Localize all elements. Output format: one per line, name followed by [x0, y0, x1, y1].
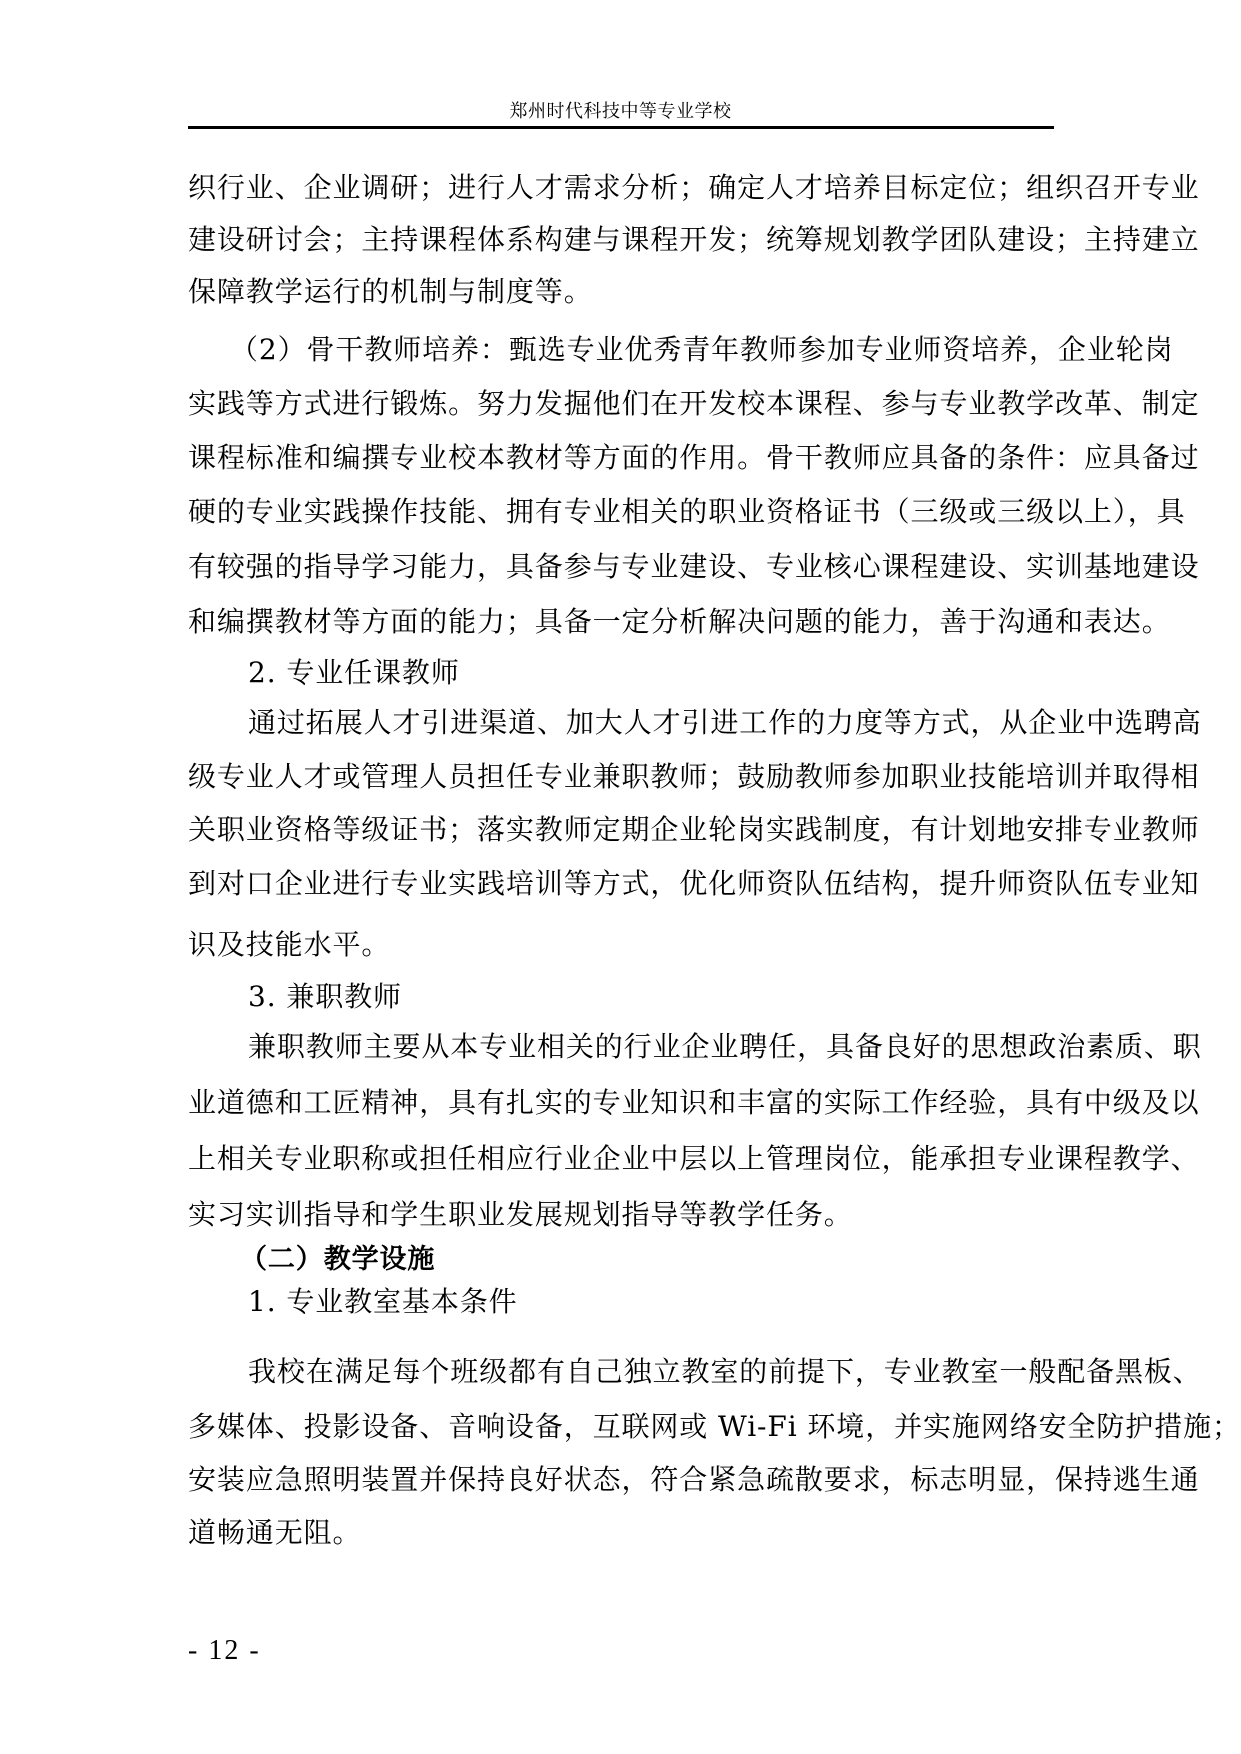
body-line: 通过拓展人才引进渠道、加大人才引进工作的力度等方式，从企业中选聘高	[248, 706, 1054, 740]
body-line: 识及技能水平。	[188, 928, 1054, 962]
body-line: 实习实训指导和学生职业发展规划指导等教学任务。	[188, 1198, 1054, 1232]
subheading-classroom-conditions: 1. 专业教室基本条件	[248, 1285, 1054, 1319]
paragraph-backbone-teachers: （2）骨干教师培养：甄选专业优秀青年教师参加专业师资培养，企业轮岗	[230, 333, 1054, 367]
body-line: 有较强的指导学习能力，具备参与专业建设、专业核心课程建设、实训基地建设	[188, 550, 1054, 584]
body-line: 建设研讨会；主持课程体系构建与课程开发；统筹规划教学团队建设；主持建立	[188, 223, 1054, 257]
body-line: 我校在满足每个班级都有自己独立教室的前提下，专业教室一般配备黑板、	[248, 1355, 1054, 1389]
body-line: 实践等方式进行锻炼。努力发掘他们在开发校本课程、参与专业教学改革、制定	[188, 387, 1054, 421]
body-line: 保障教学运行的机制与制度等。	[188, 275, 1054, 309]
subheading-part-time-teachers: 3. 兼职教师	[248, 980, 1054, 1014]
body-line: 业道德和工匠精神，具有扎实的专业知识和丰富的实际工作经验，具有中级及以	[188, 1086, 1054, 1120]
body-line: 道畅通无阻。	[188, 1516, 1054, 1550]
body-line: 硬的专业实践操作技能、拥有专业相关的职业资格证书（三级或三级以上），具	[188, 495, 1054, 529]
body-line: 多媒体、投影设备、音响设备，互联网或 Wi-Fi 环境，并实施网络安全防护措施；	[188, 1410, 1054, 1444]
body-line: 课程标准和编撰专业校本教材等方面的作用。骨干教师应具备的条件：应具备过	[188, 441, 1054, 475]
body-line: 兼职教师主要从本专业相关的行业企业聘任，具备良好的思想政治素质、职	[248, 1030, 1054, 1064]
body-line: 到对口企业进行专业实践培训等方式，优化师资队伍结构，提升师资队伍专业知	[188, 867, 1054, 901]
document-page: 郑州时代科技中等专业学校 织行业、企业调研；进行人才需求分析；确定人才培养目标定…	[0, 0, 1241, 1754]
page-number: - 12 -	[188, 1634, 261, 1668]
body-line: 和编撰教材等方面的能力；具备一定分析解决问题的能力，善于沟通和表达。	[188, 605, 1054, 639]
body-line: 织行业、企业调研；进行人才需求分析；确定人才培养目标定位；组织召开专业	[188, 171, 1054, 205]
running-header-title: 郑州时代科技中等专业学校	[0, 101, 1241, 123]
section-heading-teaching-facilities: （二）教学设施	[240, 1243, 1054, 1277]
body-line: 上相关专业职称或担任相应行业企业中层以上管理岗位，能承担专业课程教学、	[188, 1142, 1054, 1176]
body-line: 级专业人才或管理人员担任专业兼职教师；鼓励教师参加职业技能培训并取得相	[188, 760, 1054, 794]
subheading-course-teachers: 2. 专业任课教师	[248, 656, 1054, 690]
body-line: 安装应急照明装置并保持良好状态，符合紧急疏散要求，标志明显，保持逃生通	[188, 1463, 1054, 1497]
body-line: 关职业资格等级证书；落实教师定期企业轮岗实践制度，有计划地安排专业教师	[188, 813, 1054, 847]
header-divider	[188, 126, 1054, 129]
